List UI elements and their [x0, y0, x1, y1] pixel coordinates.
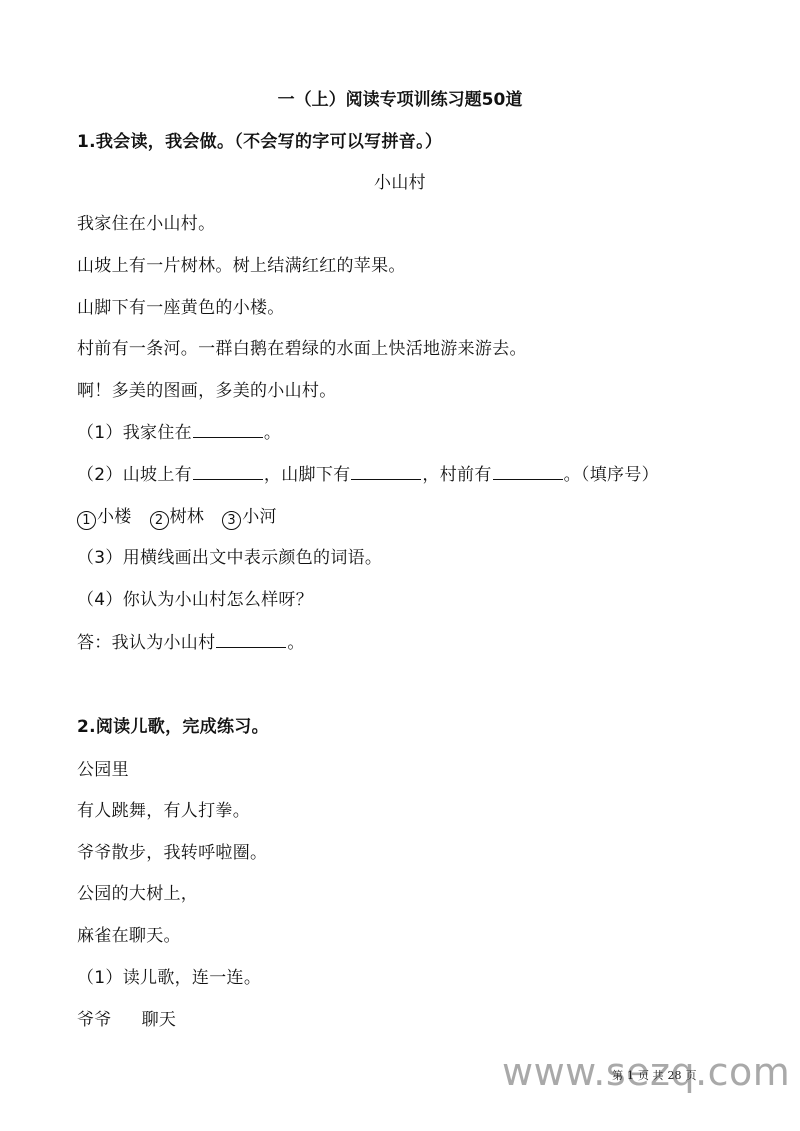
- sub-text: 你认为小山村怎么样呀？: [123, 590, 313, 610]
- answer-prefix: 答：我认为小山村: [77, 633, 215, 653]
- q1-answer: 答：我认为小山村。: [77, 631, 305, 655]
- passage-line: 我家住在小山村。: [77, 212, 215, 236]
- circled-number-icon: 3: [222, 511, 241, 530]
- passage-title: 小山村: [0, 171, 800, 195]
- option-text: 树林: [170, 507, 205, 527]
- question-1-heading: 1.我会读，我会做。（不会写的字可以写拼音。）: [77, 130, 442, 154]
- q1-sub3: （3）用横线画出文中表示颜色的词语。: [77, 546, 382, 570]
- circled-number-icon: 1: [77, 511, 96, 530]
- match-item[interactable]: 爷爷: [77, 1010, 112, 1030]
- page-suffix: 页: [686, 1069, 697, 1082]
- page-number: 第1页 共28页: [612, 1069, 701, 1083]
- poem-line: 公园的大树上，: [77, 882, 198, 906]
- document-page: 一（上）阅读专项训练习题50道 1.我会读，我会做。（不会写的字可以写拼音。） …: [0, 0, 800, 1131]
- poem-line: 爷爷散步，我转呼啦圈。: [77, 841, 267, 865]
- q2-sub1: （1）读儿歌，连一连。: [77, 966, 261, 990]
- option-item: 2树林: [150, 505, 205, 530]
- sub-suffix: 。（填序号）: [564, 465, 659, 485]
- sub-label: （3）: [77, 548, 123, 568]
- poem-line: 有人跳舞，有人打拳。: [77, 799, 250, 823]
- q1-sub4: （4）你认为小山村怎么样呀？: [77, 588, 313, 612]
- sub-text: ，山脚下有: [264, 465, 351, 485]
- passage-line: 山坡上有一片树林。树上结满红红的苹果。: [77, 254, 406, 278]
- sub-text: 我家住在: [123, 423, 192, 443]
- sub-label: （1）: [77, 423, 123, 443]
- option-text: 小楼: [97, 507, 132, 527]
- fill-blank[interactable]: [351, 463, 421, 480]
- fill-blank[interactable]: [193, 463, 263, 480]
- circled-number-icon: 2: [150, 511, 169, 530]
- fill-blank[interactable]: [193, 421, 263, 438]
- sub-label: （1）: [77, 968, 123, 988]
- passage-line: 村前有一条河。一群白鹅在碧绿的水面上快活地游来游去。: [77, 337, 527, 361]
- q1-sub2: （2）山坡上有，山脚下有，村前有。（填序号）: [77, 463, 659, 487]
- fill-blank[interactable]: [493, 463, 563, 480]
- question-2-heading: 2.阅读儿歌，完成练习。: [77, 715, 269, 739]
- document-title: 一（上）阅读专项训练习题50道: [0, 88, 800, 112]
- sub-label: （2）: [77, 465, 123, 485]
- sub-text: 用横线画出文中表示颜色的词语。: [123, 548, 383, 568]
- sub-text: ，村前有: [422, 465, 491, 485]
- q1-options: 1小楼2树林3小河: [77, 505, 295, 530]
- passage-line: 啊！多美的图画，多美的小山村。: [77, 379, 337, 403]
- option-item: 3小河: [222, 505, 277, 530]
- sub-label: （4）: [77, 590, 123, 610]
- poem-line: 公园里: [77, 758, 129, 782]
- fill-blank[interactable]: [216, 631, 286, 648]
- q2-match-row: 爷爷聊天: [77, 1008, 176, 1032]
- sub-suffix: 。: [264, 423, 281, 443]
- poem-line: 麻雀在聊天。: [77, 924, 181, 948]
- answer-suffix: 。: [287, 633, 304, 653]
- passage-line: 山脚下有一座黄色的小楼。: [77, 296, 285, 320]
- q1-sub1: （1）我家住在。: [77, 421, 281, 445]
- page-mid: 页 共: [638, 1069, 664, 1082]
- sub-text: 山坡上有: [123, 465, 192, 485]
- option-item: 1小楼: [77, 505, 132, 530]
- page-current: 1: [627, 1069, 634, 1082]
- sub-text: 读儿歌，连一连。: [123, 968, 261, 988]
- page-prefix: 第: [612, 1069, 623, 1082]
- page-total: 28: [668, 1069, 682, 1082]
- option-text: 小河: [242, 507, 277, 527]
- match-item[interactable]: 聊天: [142, 1010, 177, 1030]
